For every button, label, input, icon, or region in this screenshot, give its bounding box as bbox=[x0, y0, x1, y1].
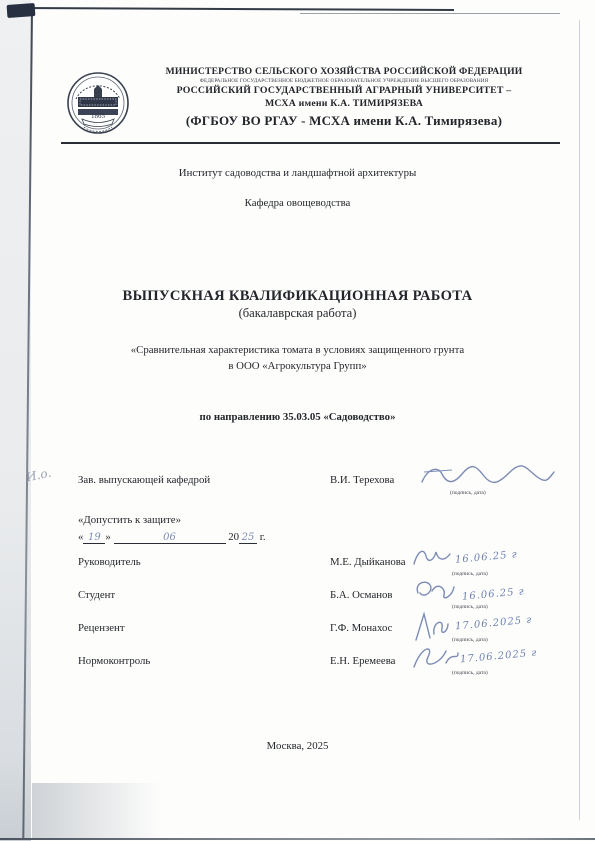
signature-normcontrol-icon bbox=[410, 643, 460, 673]
university-abbreviation: (ФГБОУ ВО РГАУ - МСХА имени К.А. Тимиряз… bbox=[128, 113, 560, 129]
date-year-blank: 25 bbox=[239, 531, 257, 544]
signature-reviewer-icon bbox=[410, 610, 450, 644]
role-label: Руководитель bbox=[78, 556, 141, 568]
thesis-theme-line2: в ООО «Агрокультура Групп» bbox=[60, 360, 535, 372]
approval-row-head: Зав. выпускающей кафедрой В.И. Терехова … bbox=[0, 474, 595, 504]
handwritten-year: 25 bbox=[242, 532, 255, 543]
scan-corner-mark bbox=[7, 3, 36, 18]
work-subtype: (бакалаврская работа) bbox=[60, 306, 535, 321]
city-and-year: Москва, 2025 bbox=[60, 740, 535, 752]
handwritten-month: 06 bbox=[163, 532, 176, 543]
university-emblem-icon: 1865 bbox=[66, 71, 130, 138]
signature-caption: (подпись, дата) bbox=[452, 670, 488, 676]
signer-row-student: Студент Б.А. Османов 16.06.25 г (подпись… bbox=[0, 589, 595, 619]
scan-top-edge bbox=[22, 7, 454, 11]
date-month-blank: 06 bbox=[114, 531, 226, 544]
university-name-line2: МСХА имени К.А. ТИМИРЯЗЕВА bbox=[128, 98, 560, 110]
head-of-department-name: В.И. Терехова bbox=[330, 474, 394, 486]
institute-name: Институт садоводства и ландшафтной архит… bbox=[60, 167, 535, 179]
role-label: Студент bbox=[78, 589, 115, 601]
year-suffix: г. bbox=[257, 531, 266, 543]
svg-text:1865: 1865 bbox=[91, 112, 106, 120]
role-label: Нормоконтроль bbox=[78, 655, 150, 667]
signer-row-reviewer: Рецензент Г.Ф. Монахос 17.06.2025 г (под… bbox=[0, 622, 595, 652]
signature-caption: (подпись, дата) bbox=[452, 604, 488, 610]
letterhead: МИНИСТЕРСТВО СЕЛЬСКОГО ХОЗЯЙСТВА РОССИЙС… bbox=[128, 66, 560, 129]
quote-close: » bbox=[105, 531, 110, 543]
signature-caption: (подпись, дата) bbox=[452, 637, 488, 643]
signature-student-icon bbox=[410, 577, 456, 605]
admit-to-defense-line: «Допустить к защите» bbox=[78, 514, 181, 526]
head-of-department-label: Зав. выпускающей кафедрой bbox=[78, 474, 210, 486]
role-label: Рецензент bbox=[78, 622, 125, 634]
date-day-blank: 19 bbox=[83, 531, 105, 544]
person-name: Е.Н. Еремеева bbox=[330, 655, 395, 667]
thesis-theme-line1: «Сравнительная характеристика томата в у… bbox=[60, 344, 535, 356]
signature-supervisor-icon bbox=[410, 544, 454, 570]
signer-row-supervisor: Руководитель М.Е. Дыйканова 16.06.25 г (… bbox=[0, 556, 595, 586]
study-direction: по направлению 35.03.05 «Садоводство» bbox=[60, 411, 535, 423]
signature-caption: (подпись, дата) bbox=[450, 490, 486, 496]
handwritten-date: 16.06.25 г bbox=[455, 549, 518, 565]
scanned-title-page: 1865 МИНИСТЕРСТВО СЕЛЬСКОГО ХОЗЯЙСТВА РО… bbox=[0, 0, 595, 841]
signature-terekhova-icon bbox=[418, 460, 558, 492]
handwritten-date: 16.06.25 г bbox=[462, 586, 525, 602]
university-name-line1: РОССИЙСКИЙ ГОСУДАРСТВЕННЫЙ АГРАРНЫЙ УНИВ… bbox=[128, 85, 560, 97]
person-name: М.Е. Дыйканова bbox=[330, 556, 406, 568]
person-name: Б.А. Османов bbox=[330, 589, 393, 601]
defense-date-line: «19» 06 2025 г. bbox=[78, 531, 266, 544]
handwritten-day: 19 bbox=[88, 532, 101, 543]
scan-right-edge bbox=[579, 20, 580, 820]
ministry-name: МИНИСТЕРСТВО СЕЛЬСКОГО ХОЗЯЙСТВА РОССИЙС… bbox=[128, 66, 560, 78]
work-type-title: ВЫПУСКНАЯ КВАЛИФИКАЦИОННАЯ РАБОТА bbox=[60, 288, 535, 305]
scan-top-edge-faint bbox=[300, 13, 560, 14]
year-printed-prefix: 20 bbox=[228, 531, 239, 543]
header-rule bbox=[61, 142, 560, 144]
department-name: Кафедра овощеводства bbox=[60, 197, 535, 209]
signature-caption: (подпись, дата) bbox=[452, 571, 488, 577]
scan-bottom-left-shadow bbox=[32, 783, 162, 838]
institution-type: ФЕДЕРАЛЬНОЕ ГОСУДАРСТВЕННОЕ БЮДЖЕТНОЕ ОБ… bbox=[154, 78, 534, 85]
signer-row-normcontrol: Нормоконтроль Е.Н. Еремеева 17.06.2025 г… bbox=[0, 655, 595, 685]
scan-bottom-edge bbox=[0, 838, 595, 840]
person-name: Г.Ф. Монахос bbox=[330, 622, 392, 634]
